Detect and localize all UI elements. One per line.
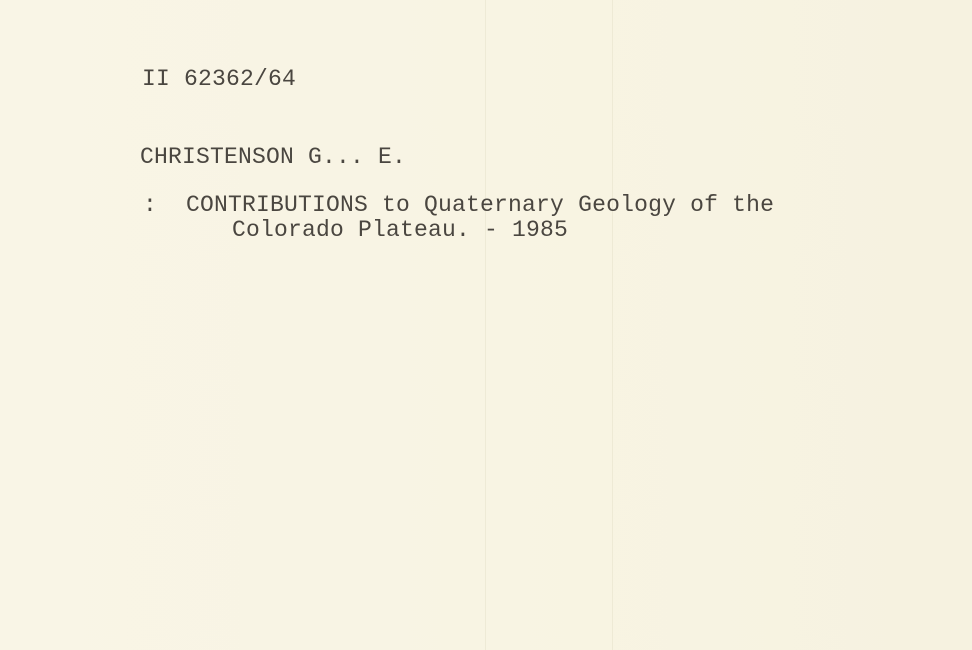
paper-crease [485, 0, 486, 650]
title-line-2: Colorado Plateau. - 1985 [232, 217, 568, 243]
title-line-1: CONTRIBUTIONS to Quaternary Geology of t… [186, 192, 774, 218]
catalog-card: II 62362/64 CHRISTENSON G... E. : CONTRI… [0, 0, 972, 650]
title-separator: : [143, 192, 157, 218]
call-number: II 62362/64 [142, 66, 296, 92]
author-name: CHRISTENSON G... E. [140, 144, 406, 170]
paper-crease [612, 0, 613, 650]
